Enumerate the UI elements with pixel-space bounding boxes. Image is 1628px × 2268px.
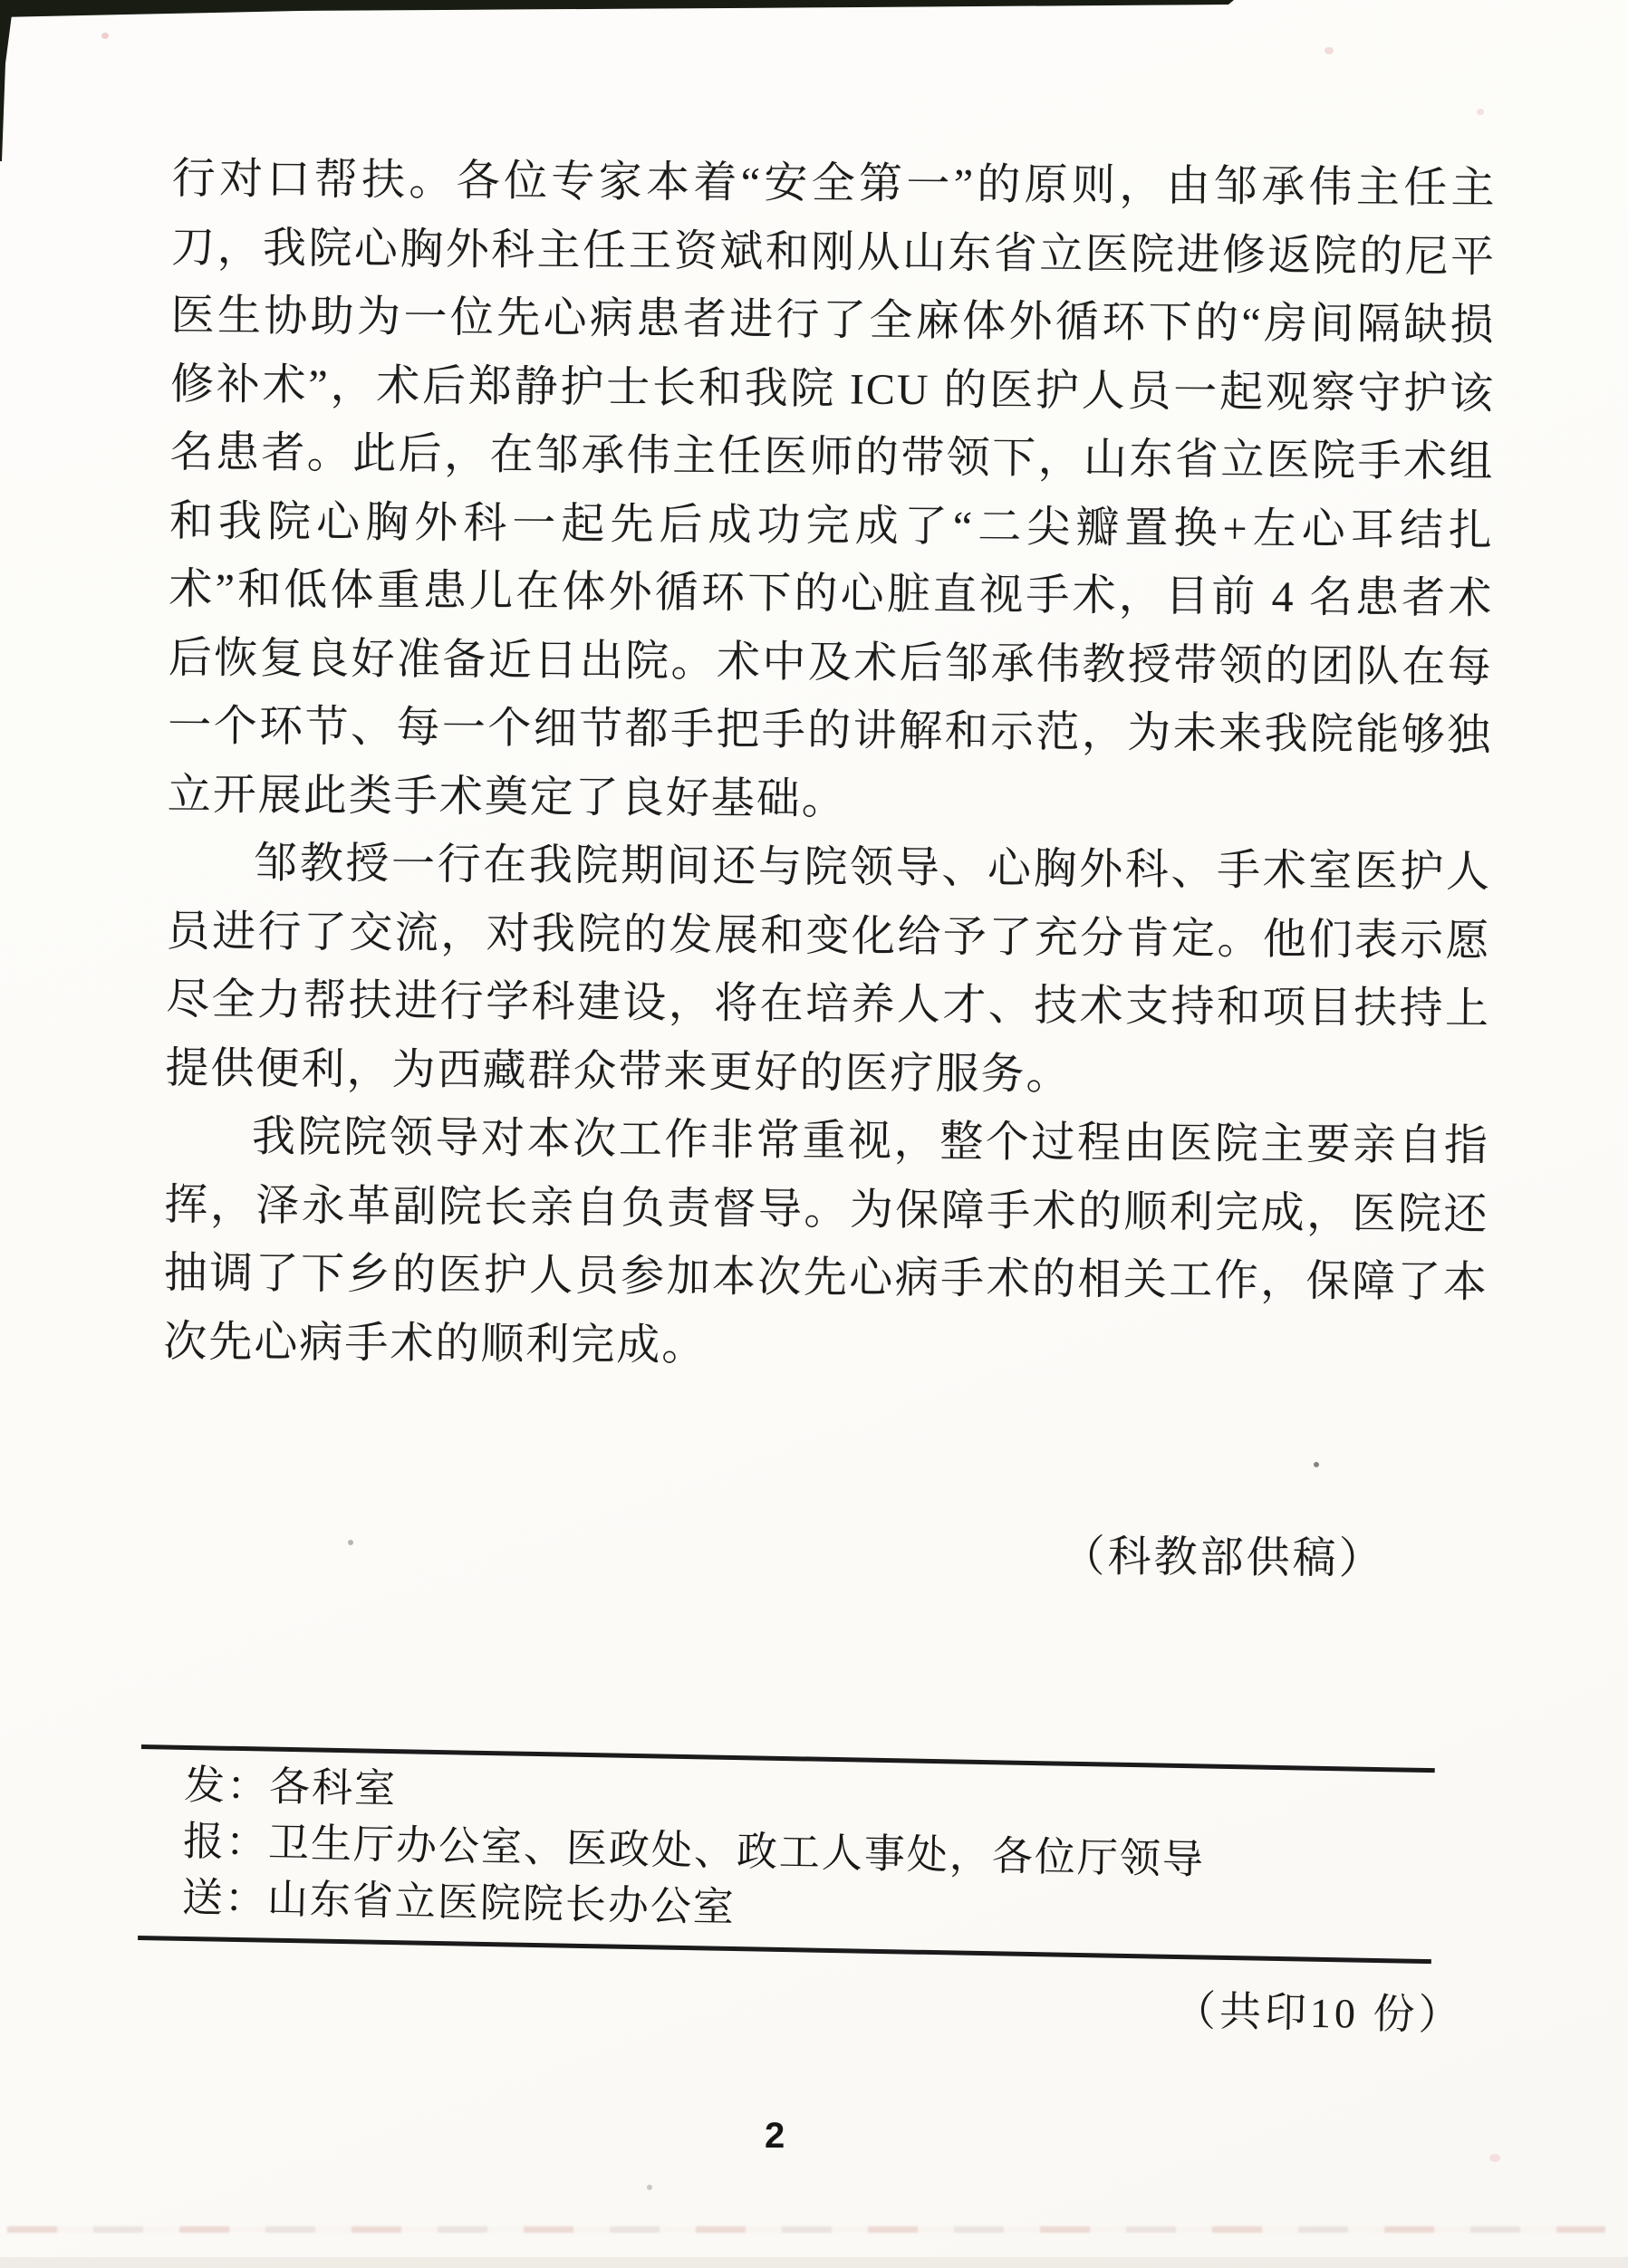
scan-speck bbox=[1489, 2154, 1500, 2162]
scan-bottom-band bbox=[0, 2257, 1628, 2268]
scan-speck bbox=[1325, 47, 1334, 54]
paragraph-hospital-leadership: 我院院领导对本次工作非常重视，整个过程由医院主要亲自指挥，泽永革副院长亲自负责督… bbox=[163, 1102, 1489, 1386]
distribution-box: 发：各科室 报：卫生厅办公室、医政处、政工人事处，各位厅领导 送：山东省立医院院… bbox=[138, 1744, 1435, 1964]
byline: （科教部供稿） bbox=[161, 1516, 1487, 1594]
distribution-content: 各科室 bbox=[269, 1759, 398, 1818]
page-number: 2 bbox=[765, 2116, 785, 2157]
paragraph-surgery-report: 行对口帮扶。各位专家本着“安全第一”的原则，由邹承伟主任主刀，我院心胸外科主任王… bbox=[167, 145, 1496, 839]
distribution-label: 发： bbox=[184, 1757, 270, 1815]
scan-speck bbox=[647, 2185, 652, 2190]
distribution-content: 山东省立医院院长办公室 bbox=[266, 1871, 736, 1936]
print-count-note: （共印10 份） bbox=[1174, 1977, 1464, 2042]
distribution-label: 报： bbox=[182, 1813, 268, 1871]
scan-smudge bbox=[7, 2226, 1605, 2233]
document-body: 行对口帮扶。各位专家本着“安全第一”的原则，由邹承伟主任主刀，我院心胸外科主任王… bbox=[161, 145, 1497, 1594]
scan-speck bbox=[1477, 109, 1484, 115]
paragraph-exchange-visit: 邹教授一行在我院期间还与院领导、心胸外科、手术室医护人员进行了交流，对我院的发展… bbox=[165, 829, 1491, 1112]
distribution-label: 送： bbox=[181, 1869, 267, 1927]
scan-speck bbox=[101, 33, 109, 39]
document-page: 行对口帮扶。各位专家本着“安全第一”的原则，由邹承伟主任主刀，我院心胸外科主任王… bbox=[0, 0, 1628, 2268]
